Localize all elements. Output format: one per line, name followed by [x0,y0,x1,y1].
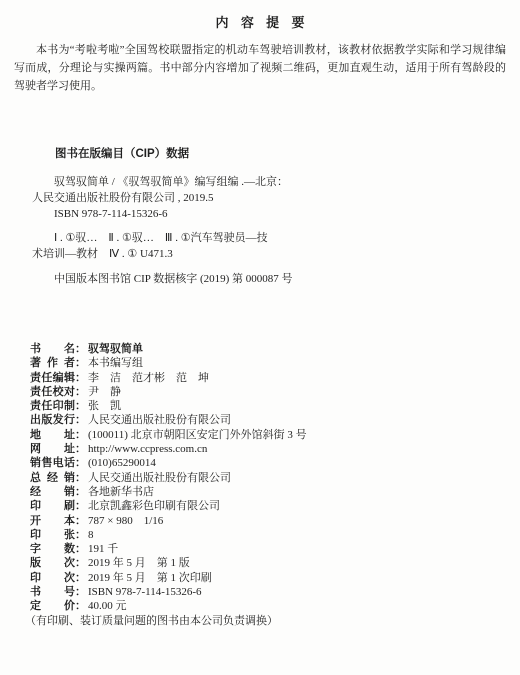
cip-title-line: 驭驾驭简单 / 《驭驾驭简单》编写组编 .—北京： [32,174,520,190]
colophon-label: 印次 [30,571,75,585]
colophon-separator: ： [75,586,86,598]
colophon-separator: ： [75,357,86,369]
colophon-separator: ： [75,572,86,584]
colophon-label: 经销 [30,485,75,499]
colophon-label: 印张 [30,528,75,542]
colophon-value: 人民交通出版社股份有限公司 [88,472,231,484]
colophon-label: 字数 [30,542,75,556]
colophon-value: 8 [88,529,94,541]
colophon-label: 版次 [30,556,75,570]
colophon-label: 网址 [30,442,75,456]
colophon-value: 本书编写组 [88,357,143,369]
colophon-row: 著作者：本书编写组 [30,356,520,370]
colophon-value: 各地新华书店 [88,486,154,498]
cip-publisher-line: 人民交通出版社股份有限公司 , 2019.5 [32,190,520,206]
colophon-value: 李 洁 范才彬 范 坤 [88,372,209,384]
colophon-row: 总经销：人民交通出版社股份有限公司 [30,471,520,485]
colophon-value: 人民交通出版社股份有限公司 [88,414,231,426]
publication-details-list: 书名：驭驾驭简单著作者：本书编写组责任编辑：李 洁 范才彬 范 坤责任校对：尹 … [30,342,520,614]
cip-isbn-line: ISBN 978-7-114-15326-6 [32,206,520,222]
colophon-page: 内容提要 本书为“考啦考啦”全国驾校联盟指定的机动车驾驶培训教材，该教材依据教学… [0,0,520,675]
colophon-row: 定价：40.00 元 [30,599,520,613]
colophon-label: 地址 [30,428,75,442]
colophon-label: 总经销 [30,471,75,485]
colophon-value: 2019 年 5 月 第 1 次印刷 [88,572,212,584]
colophon-row: 开本：787 × 980 1/16 [30,514,520,528]
colophon-value: 40.00 元 [88,600,127,612]
colophon-value: (010)65290014 [88,457,156,469]
colophon-row: 责任印制：张 凯 [30,399,520,413]
colophon-separator: ： [75,386,86,398]
colophon-value: 驭驾驭简单 [88,343,143,355]
cip-block: 图书在版编目（CIP）数据 驭驾驭简单 / 《驭驾驭简单》编写组编 .—北京： … [32,147,520,287]
quality-note: （有印刷、装订质量问题的图书由本公司负责调换） [25,614,520,629]
cip-classification-line2: 术培训—教材 Ⅳ . ① U471.3 [32,246,520,262]
colophon-row: 责任校对：尹 静 [30,385,520,399]
colophon-row: 印刷：北京凯鑫彩色印刷有限公司 [30,499,520,513]
colophon-label: 责任编辑 [30,371,75,385]
colophon-separator: ： [75,457,86,469]
colophon-value: ISBN 978-7-114-15326-6 [88,586,202,598]
colophon-label: 著作者 [30,356,75,370]
cip-registration-line: 中国版本图书馆 CIP 数据核字 (2019) 第 000087 号 [32,271,520,287]
colophon-label: 开本 [30,514,75,528]
colophon-value: 张 凯 [88,400,121,412]
colophon-label: 书名 [30,342,75,356]
colophon-separator: ： [75,557,86,569]
colophon-separator: ： [75,343,86,355]
colophon-separator: ： [75,400,86,412]
colophon-separator: ： [75,529,86,541]
colophon-value: (100011) 北京市朝阳区安定门外外馆斜街 3 号 [88,429,307,441]
colophon-row: 印次：2019 年 5 月 第 1 次印刷 [30,571,520,585]
colophon-separator: ： [75,429,86,441]
colophon-row: 版次：2019 年 5 月 第 1 版 [30,556,520,570]
colophon-value: 尹 静 [88,386,121,398]
colophon-row: 销售电话：(010)65290014 [30,456,520,470]
colophon-separator: ： [75,472,86,484]
colophon-value: 北京凯鑫彩色印刷有限公司 [88,500,220,512]
colophon-row: 经销：各地新华书店 [30,485,520,499]
colophon-separator: ： [75,486,86,498]
colophon-value: 2019 年 5 月 第 1 版 [88,557,190,569]
colophon-value: http://www.ccpress.com.cn [88,443,207,455]
colophon-label: 印刷 [30,499,75,513]
colophon-separator: ： [75,600,86,612]
colophon-row: 地址：(100011) 北京市朝阳区安定门外外馆斜街 3 号 [30,428,520,442]
colophon-value: 191 千 [88,543,118,555]
colophon-row: 印张：8 [30,528,520,542]
colophon-row: 书号：ISBN 978-7-114-15326-6 [30,585,520,599]
colophon-row: 网址：http://www.ccpress.com.cn [30,442,520,456]
colophon-label: 出版发行 [30,413,75,427]
colophon-row: 字数：191 千 [30,542,520,556]
colophon-row: 出版发行：人民交通出版社股份有限公司 [30,413,520,427]
colophon-separator: ： [75,372,86,384]
colophon-row: 责任编辑：李 洁 范才彬 范 坤 [30,371,520,385]
content-summary-title: 内容提要 [0,0,520,31]
cip-title: 图书在版编目（CIP）数据 [55,147,520,162]
colophon-separator: ： [75,515,86,527]
colophon-label: 定价 [30,599,75,613]
colophon-separator: ： [75,543,86,555]
colophon-label: 销售电话 [30,456,75,470]
colophon-label: 书号 [30,585,75,599]
colophon-label: 责任校对 [30,385,75,399]
colophon-label: 责任印制 [30,399,75,413]
colophon-separator: ： [75,443,86,455]
colophon-separator: ： [75,414,86,426]
colophon-separator: ： [75,500,86,512]
colophon-row: 书名：驭驾驭简单 [30,342,520,356]
colophon-value: 787 × 980 1/16 [88,515,163,527]
cip-classification-line1: Ⅰ . ①驭… Ⅱ . ①驭… Ⅲ . ①汽车驾驶员—技 [32,230,520,246]
content-summary-text: 本书为“考啦考啦”全国驾校联盟指定的机动车驾驶培训教材，该教材依据教学实际和学习… [14,41,506,95]
